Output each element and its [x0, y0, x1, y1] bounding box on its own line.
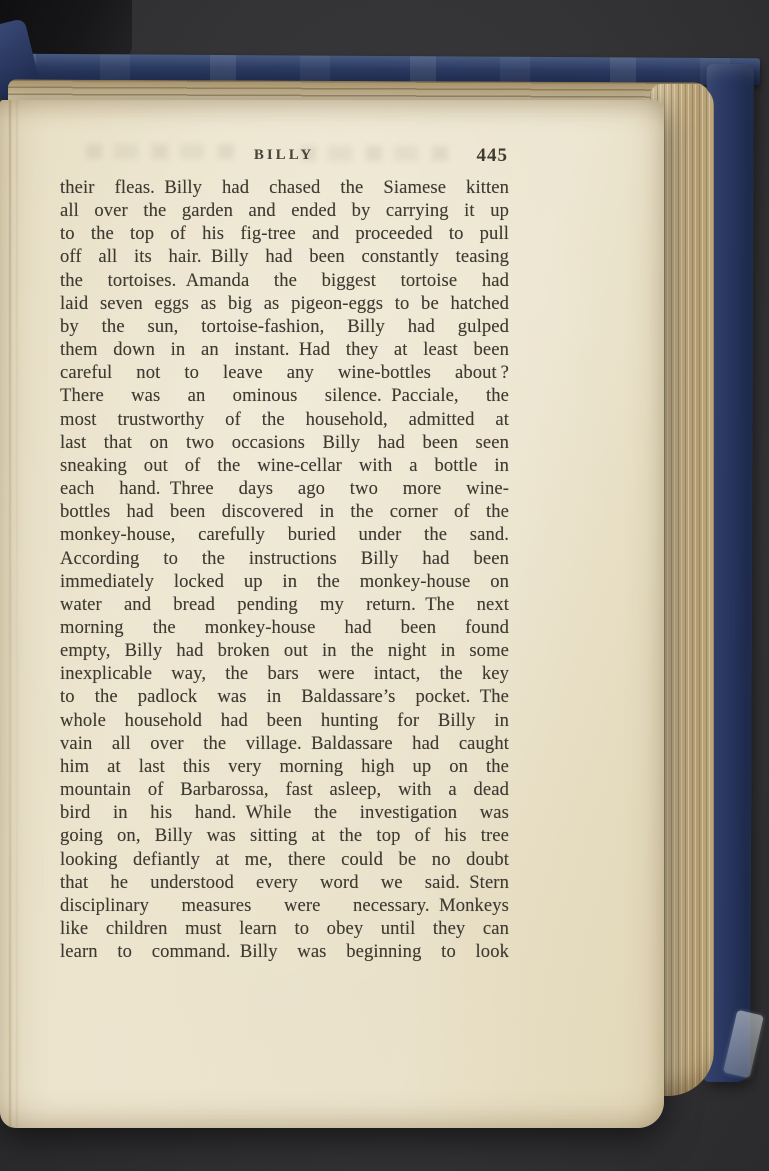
text-line: bird in his hand. While the investigatio… — [60, 801, 509, 824]
text-line: bottles had been discovered in the corne… — [60, 500, 509, 523]
text-line: morning the monkey-house had been found — [60, 616, 509, 639]
text-line: like children must learn to obey until t… — [60, 917, 509, 940]
text-line: by the sun, tortoise-fashion, Billy had … — [60, 315, 509, 338]
page-gutter-crease — [9, 100, 11, 1128]
page-number: 445 — [477, 145, 509, 167]
text-line: immediately locked up in the monkey-hous… — [60, 570, 509, 593]
text-line: water and bread pending my return. The n… — [60, 593, 509, 616]
text-line: most trustworthy of the household, admit… — [60, 408, 509, 431]
text-line: to the padlock was in Baldassare’s pocke… — [60, 685, 509, 708]
text-line: careful not to leave any wine-bottles ab… — [60, 361, 509, 384]
text-line: each hand. Three days ago two more wine- — [60, 477, 509, 500]
text-line: inexplicable way, the bars were intact, … — [60, 662, 509, 685]
body-text: their fleas. Billy had chased the Siames… — [60, 176, 509, 963]
text-line: laid seven eggs as big as pigeon-eggs to… — [60, 292, 509, 315]
text-line: whole household had been hunting for Bil… — [60, 709, 509, 732]
text-line: off all its hair. Billy had been constan… — [60, 245, 509, 268]
text-line: him at last this very morning high up on… — [60, 755, 509, 778]
text-line: vain all over the village. Baldassare ha… — [60, 732, 509, 755]
page-gutter-crease — [16, 100, 18, 1128]
page-header: BILLY 445 — [60, 147, 508, 169]
text-line: mountain of Barbarossa, fast asleep, wit… — [60, 778, 509, 801]
text-line: to the top of his fig-tree and proceeded… — [60, 222, 509, 245]
text-line: According to the instructions Billy had … — [60, 547, 509, 570]
text-line: all over the garden and ended by carryin… — [60, 199, 509, 222]
text-line: learn to command. Billy was beginning to… — [60, 940, 509, 963]
text-line: them down in an instant. Had they at lea… — [60, 338, 509, 361]
text-line: There was an ominous silence. Pacciale, … — [60, 384, 509, 407]
text-line: disciplinary measures were necessary. Mo… — [60, 894, 509, 917]
book-page: BILLY 445 their fleas. Billy had chased … — [0, 100, 664, 1128]
text-line: the tortoises. Amanda the biggest tortoi… — [60, 269, 509, 292]
photo-backdrop: BILLY 445 their fleas. Billy had chased … — [0, 0, 769, 1171]
text-line: monkey-house, carefully buried under the… — [60, 523, 509, 546]
running-title: BILLY — [60, 147, 508, 164]
text-line: sneaking out of the wine-cellar with a b… — [60, 454, 509, 477]
text-line: going on, Billy was sitting at the top o… — [60, 824, 509, 847]
text-line: looking defiantly at me, there could be … — [60, 848, 509, 871]
text-line: last that on two occasions Billy had bee… — [60, 431, 509, 454]
text-line: empty, Billy had broken out in the night… — [60, 639, 509, 662]
text-line: that he understood every word we said. S… — [60, 871, 509, 894]
text-line: their fleas. Billy had chased the Siames… — [60, 176, 509, 199]
